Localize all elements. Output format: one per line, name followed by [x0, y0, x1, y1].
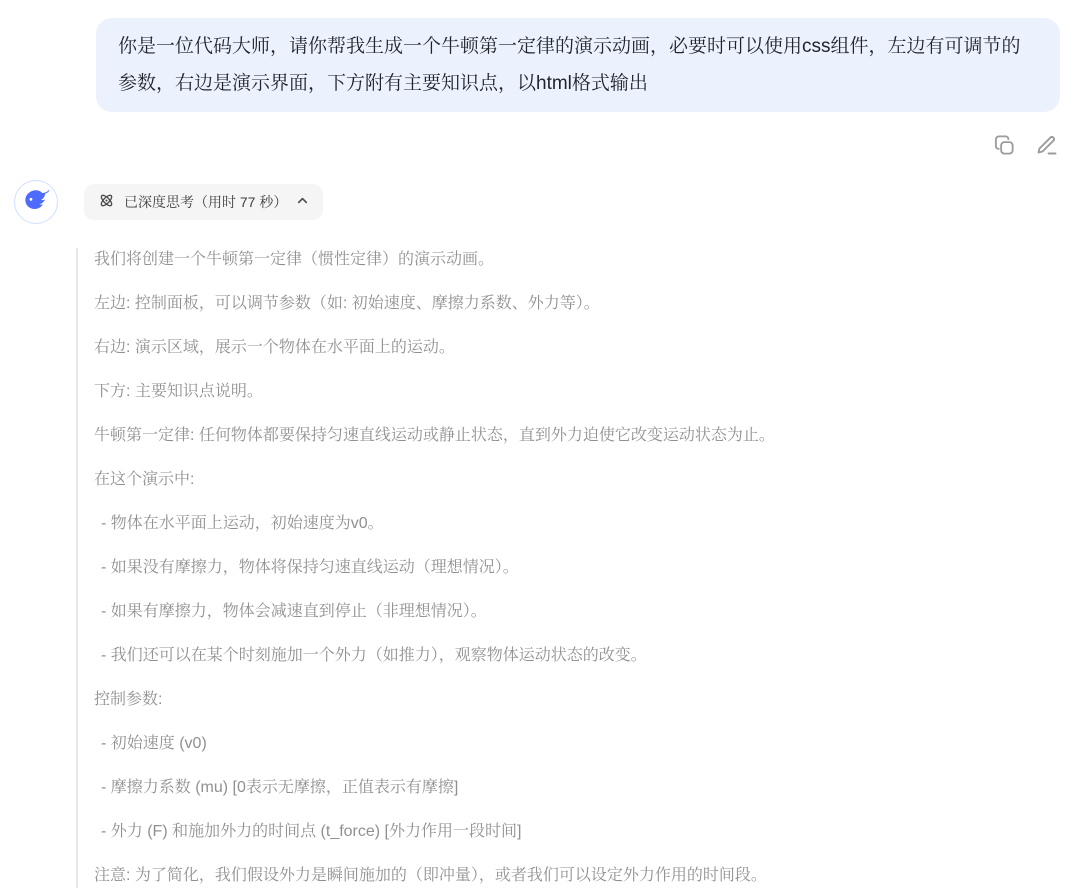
user-message-bubble: 你是一位代码大师，请你帮我生成一个牛顿第一定律的演示动画，必要时可以使用css组…: [96, 18, 1060, 112]
thinking-content: 我们将创建一个牛顿第一定律（惯性定律）的演示动画。 左边: 控制面板，可以调节参…: [76, 248, 1060, 888]
user-message-text: 你是一位代码大师，请你帮我生成一个牛顿第一定律的演示动画，必要时可以使用css组…: [118, 36, 1021, 94]
assistant-header: 已深度思考（用时 77 秒）: [14, 180, 1080, 224]
thinking-paragraph: 控制参数:: [94, 688, 1060, 712]
deep-think-toggle[interactable]: 已深度思考（用时 77 秒）: [84, 184, 323, 220]
assistant-avatar: [14, 180, 58, 224]
chevron-up-icon: [296, 194, 309, 210]
deepseek-whale-logo: [22, 189, 50, 215]
edit-pencil-icon: [1034, 133, 1058, 157]
edit-button[interactable]: [1034, 133, 1058, 157]
thinking-paragraph: - 如果没有摩擦力，物体将保持匀速直线运动（理想情况）。: [101, 556, 1060, 580]
thinking-paragraph: - 物体在水平面上运动，初始速度为v0。: [101, 512, 1060, 536]
thinking-paragraph: - 初始速度 (v0): [101, 732, 1060, 756]
thinking-paragraph: 右边: 演示区域，展示一个物体在水平面上的运动。: [94, 336, 1060, 360]
deep-think-label: 已深度思考（用时 77 秒）: [124, 192, 287, 212]
thinking-paragraph: 在这个演示中:: [94, 468, 1060, 492]
thinking-paragraph: 牛顿第一定律: 任何物体都要保持匀速直线运动或静止状态，直到外力迫使它改变运动状…: [94, 424, 1060, 448]
thinking-paragraph: - 外力 (F) 和施加外力的时间点 (t_force) [外力作用一段时间]: [101, 820, 1060, 844]
thinking-paragraph: - 如果有摩擦力，物体会减速直到停止（非理想情况）。: [101, 600, 1060, 624]
thinking-paragraph: 左边: 控制面板，可以调节参数（如: 初始速度、摩擦力系数、外力等）。: [94, 292, 1060, 316]
thinking-paragraph: 我们将创建一个牛顿第一定律（惯性定律）的演示动画。: [94, 248, 1060, 272]
copy-button[interactable]: [992, 133, 1016, 157]
deepthink-atom-icon: [98, 192, 115, 212]
message-actions: [0, 132, 1058, 158]
thinking-paragraph: 下方: 主要知识点说明。: [94, 380, 1060, 404]
copy-icon: [993, 134, 1016, 157]
thinking-paragraph: - 摩擦力系数 (mu) [0表示无摩擦，正值表示有摩擦]: [101, 776, 1060, 800]
thinking-paragraph: - 我们还可以在某个时刻施加一个外力（如推力），观察物体运动状态的改变。: [101, 644, 1060, 668]
thinking-paragraph: 注意: 为了简化，我们假设外力是瞬间施加的（即冲量），或者我们可以设定外力作用的…: [94, 864, 1060, 888]
